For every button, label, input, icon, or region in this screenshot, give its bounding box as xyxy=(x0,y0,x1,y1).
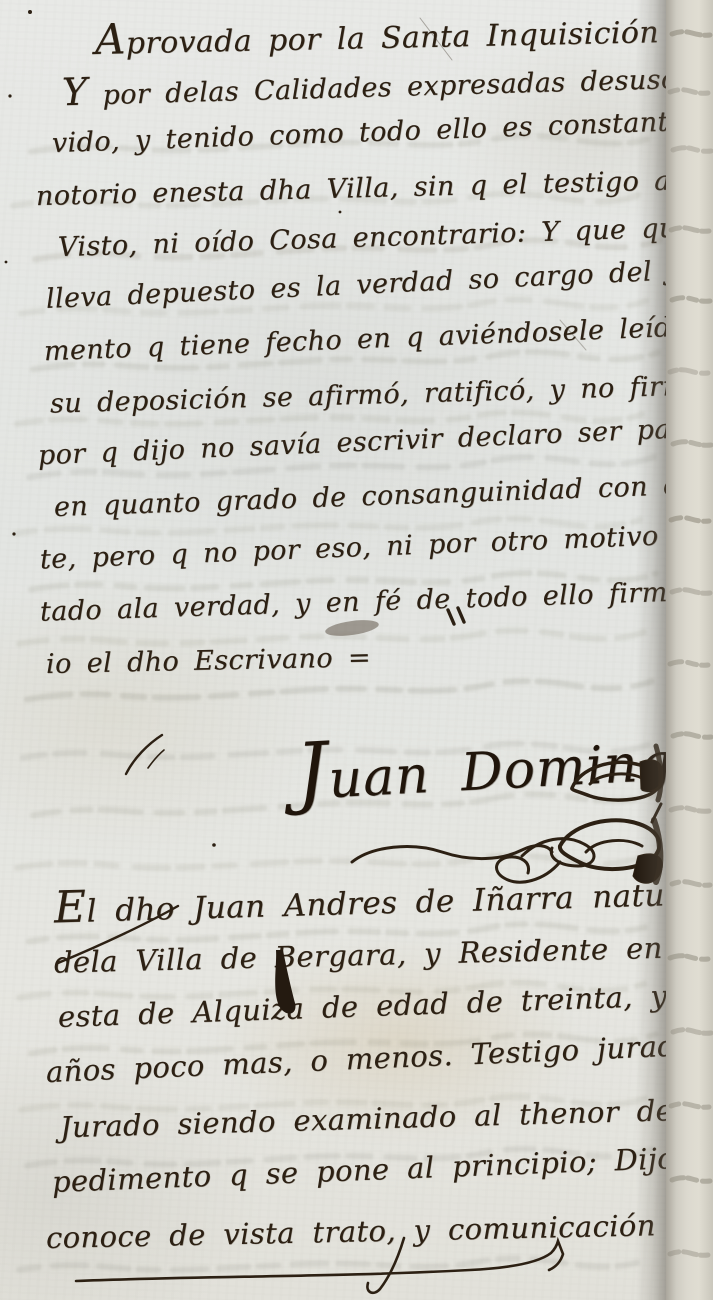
manuscript-scan: Aprovada por la Santa Inquisición Y por … xyxy=(0,0,713,1300)
stray-ink-mark xyxy=(148,750,164,768)
page-surface: Aprovada por la Santa Inquisición Y por … xyxy=(0,0,713,1300)
adjacent-page-edge xyxy=(666,0,713,1300)
page-fold-shadow xyxy=(636,0,666,1300)
stray-ink-mark xyxy=(126,735,162,774)
adjacent-page-ghost-text xyxy=(666,0,713,1300)
deposition-closing-paragraph: Aprovada por la Santa Inquisición Y por … xyxy=(0,16,713,692)
witness-intro-paragraph: El dho Juan Andres de Iñarra natural del… xyxy=(0,882,713,1267)
